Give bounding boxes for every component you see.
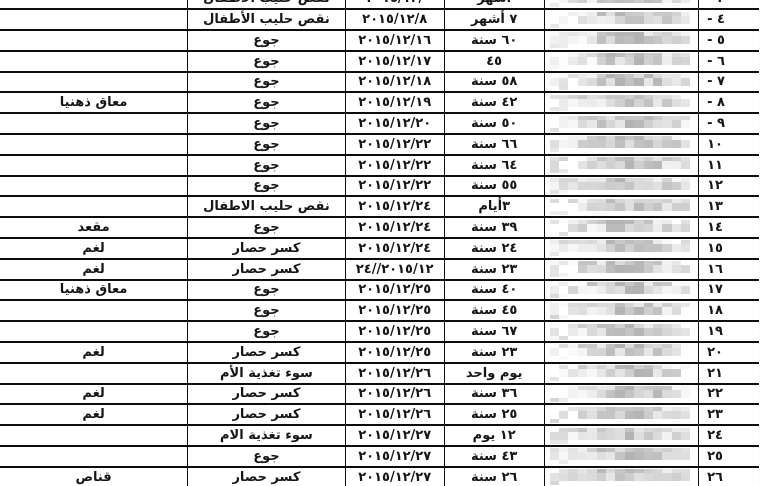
table-row: معاق ذهنياجوع٢٠١٥/١٢/٢٥٤٠ سنة١٧ <box>0 280 759 301</box>
cell-age: ١٢ يوم <box>444 425 544 446</box>
table-row: لغمكسر حصار٢٠١٥/١٢/٢٦٣٦ سنة٢٢ <box>0 384 759 405</box>
cell-row-number: ٢٢ <box>699 384 759 405</box>
cell-date: ٢٠١٥/١٢/١٨ <box>345 72 444 93</box>
cell-age: ٣أيام <box>444 196 544 217</box>
table-row: جوع٢٠١٥/١٢/١٧٤٥- ٦ <box>0 51 759 72</box>
cell-date: ٢٠١٥/١٢/٢٢ <box>345 176 444 197</box>
cell-name-redacted <box>544 321 698 342</box>
cell-age: ٣٩ سنة <box>444 217 544 238</box>
cell-age: ٦٧ سنة <box>444 321 544 342</box>
cell-name-redacted <box>544 363 698 384</box>
cell-cause: نقص حليب الأطفال <box>188 9 346 30</box>
cell-name-redacted <box>544 9 698 30</box>
cell-name-redacted <box>544 51 698 72</box>
cell-note <box>0 30 188 51</box>
cell-row-number: ١٠ <box>699 134 759 155</box>
cell-cause: كسر حصار <box>188 238 346 259</box>
cell-date: ٢٠١٥/١٢/١٧ <box>345 51 444 72</box>
pixelated-name <box>550 116 693 132</box>
table-row: معاق ذهنياجوع٢٠١٥/١٢/١٩٤٢ سنة- ٨ <box>0 92 759 113</box>
pixelated-name <box>550 136 693 152</box>
cell-age: ٤٥ <box>444 51 544 72</box>
cell-age: ٢٦ سنة <box>444 467 544 486</box>
cell-row-number: - ٨ <box>699 92 759 113</box>
cell-note: لغم <box>0 238 188 259</box>
cell-row-number: ١٩ <box>699 321 759 342</box>
cell-age: ٥٥ سنة <box>444 176 544 197</box>
cell-name-redacted <box>544 217 698 238</box>
cell-name-redacted <box>544 467 698 486</box>
cell-cause: جوع <box>188 134 346 155</box>
cell-age: ٥٠ سنة <box>444 113 544 134</box>
cell-row-number: ١٦ <box>699 259 759 280</box>
cell-cause: جوع <box>188 155 346 176</box>
cell-cause: سوء تغذية الام <box>188 425 346 446</box>
cell-note <box>0 72 188 93</box>
cell-age: ٧ أشهر <box>444 9 544 30</box>
cell-note <box>0 321 188 342</box>
cell-name-redacted <box>544 238 698 259</box>
scanned-document-page: نقص حليب الأطفال٢٠١٥/١٢/أشهر- ٣نقص حليب … <box>0 0 760 486</box>
cell-cause: جوع <box>188 72 346 93</box>
pixelated-name <box>550 261 693 277</box>
cell-cause: جوع <box>188 51 346 72</box>
table-row: لغمكسر حصار٢٠١٥/١٢/٢٦٢٥ سنة٢٣ <box>0 404 759 425</box>
cell-note <box>0 196 188 217</box>
cell-row-number: ١٤ <box>699 217 759 238</box>
pixelated-name <box>550 199 693 215</box>
pixelated-name <box>550 365 693 381</box>
cell-date: ٢٠١٥/١٢/٢٥ <box>345 280 444 301</box>
cell-cause: نقص حليب الأطفال <box>188 0 346 9</box>
cell-age: أشهر <box>444 0 544 9</box>
cell-row-number: - ٦ <box>699 51 759 72</box>
cell-row-number: ١٢ <box>699 176 759 197</box>
cell-note <box>0 9 188 30</box>
cell-name-redacted <box>544 134 698 155</box>
table-row: نقص حليب الاطفال٢٠١٥/١٢/٢٤٣أيام١٣ <box>0 196 759 217</box>
table-row: جوع٢٠١٥/١٢/١٨٥٨ سنة- ٧ <box>0 72 759 93</box>
cell-name-redacted <box>544 446 698 467</box>
cell-note: لغم <box>0 404 188 425</box>
cell-cause: جوع <box>188 92 346 113</box>
cell-age: ٢٣ سنة <box>444 259 544 280</box>
cell-row-number: ٢٦ <box>699 467 759 486</box>
cell-row-number: ٢٣ <box>699 404 759 425</box>
cell-row-number: - ٥ <box>699 30 759 51</box>
cell-row-number: ١٣ <box>699 196 759 217</box>
cell-cause: جوع <box>188 300 346 321</box>
cell-age: ٦٤ سنة <box>444 155 544 176</box>
cell-cause: كسر حصار <box>188 467 346 486</box>
cell-row-number: ٢٠ <box>699 342 759 363</box>
table-row: سوء تغذية الام٢٠١٥/١٢/٢٧١٢ يوم٢٤ <box>0 425 759 446</box>
table-row: لغمكسر حصار٢٠١٥/١٢/٢٥٢٣ سنة٢٠ <box>0 342 759 363</box>
cell-note: لغم <box>0 384 188 405</box>
cell-name-redacted <box>544 155 698 176</box>
cell-date: ٢٠١٥/١٢/٢٦ <box>345 363 444 384</box>
cell-age: ٢٤ سنة <box>444 238 544 259</box>
pixelated-name <box>550 74 693 90</box>
cell-name-redacted <box>544 342 698 363</box>
table-row: جوع٢٠١٥/١٢/٢٢٦٦ سنة١٠ <box>0 134 759 155</box>
cell-age: ٤٣ سنة <box>444 446 544 467</box>
cell-name-redacted <box>544 404 698 425</box>
pixelated-name <box>550 386 693 402</box>
cell-date: ٢٠١٥/١٢/٢٤ <box>345 238 444 259</box>
table-row: جوع٢٠١٥/١٢/٢٢٥٥ سنة١٢ <box>0 176 759 197</box>
cell-row-number: ١٨ <box>699 300 759 321</box>
table-body: نقص حليب الأطفال٢٠١٥/١٢/أشهر- ٣نقص حليب … <box>0 0 759 486</box>
cell-note <box>0 300 188 321</box>
cell-note <box>0 176 188 197</box>
cell-cause: جوع <box>188 321 346 342</box>
cell-note: لغم <box>0 259 188 280</box>
cell-note <box>0 51 188 72</box>
table-row: جوع٢٠١٥/١٢/٢٧٤٣ سنة٢٥ <box>0 446 759 467</box>
cell-row-number: ٢٥ <box>699 446 759 467</box>
table-row: لغمكسر حصار٢٠١٥/١٢//٢٤٢٣ سنة١٦ <box>0 259 759 280</box>
cell-age: ٦٦ سنة <box>444 134 544 155</box>
cell-note: معاق ذهنيا <box>0 280 188 301</box>
cell-cause: جوع <box>188 280 346 301</box>
cell-row-number: ٢٤ <box>699 425 759 446</box>
cell-note <box>0 113 188 134</box>
pixelated-name <box>550 157 693 173</box>
pixelated-name <box>550 220 693 236</box>
pixelated-name <box>550 32 693 48</box>
table-row: مقعدجوع٢٠١٥/١٢/٢٤٣٩ سنة١٤ <box>0 217 759 238</box>
cell-name-redacted <box>544 92 698 113</box>
cell-cause: كسر حصار <box>188 404 346 425</box>
cell-date: ٢٠١٥/١٢/٢٥ <box>345 321 444 342</box>
cell-note: معاق ذهنيا <box>0 92 188 113</box>
pixelated-name <box>550 12 693 28</box>
cell-row-number: ١٧ <box>699 280 759 301</box>
cell-date: ٢٠١٥/١٢//٢٤ <box>345 259 444 280</box>
cell-name-redacted <box>544 196 698 217</box>
cell-note <box>0 0 188 9</box>
cell-name-redacted <box>544 300 698 321</box>
cell-cause: كسر حصار <box>188 259 346 280</box>
cell-date: ٢٠١٥/١٢/٨ <box>345 9 444 30</box>
pixelated-name <box>550 469 693 485</box>
cell-date: ٢٠١٥/١٢/٢٥ <box>345 342 444 363</box>
cell-cause: نقص حليب الاطفال <box>188 196 346 217</box>
cell-name-redacted <box>544 113 698 134</box>
cell-row-number: ١١ <box>699 155 759 176</box>
pixelated-name <box>550 95 693 111</box>
cell-date: ٢٠١٥/١٢/٢٧ <box>345 467 444 486</box>
pixelated-name <box>550 240 693 256</box>
cell-cause: جوع <box>188 446 346 467</box>
pixelated-name <box>550 303 693 319</box>
cell-date: ٢٠١٥/١٢/١٩ <box>345 92 444 113</box>
cell-name-redacted <box>544 384 698 405</box>
victims-table: نقص حليب الأطفال٢٠١٥/١٢/أشهر- ٣نقص حليب … <box>0 0 759 486</box>
cell-date: ٢٠١٥/١٢/٢٤ <box>345 217 444 238</box>
cell-name-redacted <box>544 280 698 301</box>
cell-age: ٤٠ سنة <box>444 280 544 301</box>
table-row: سوء تغذية الأم٢٠١٥/١٢/٢٦يوم واحد٢١ <box>0 363 759 384</box>
cell-name-redacted <box>544 30 698 51</box>
pixelated-name <box>550 178 693 194</box>
cell-age: ٣٦ سنة <box>444 384 544 405</box>
cell-cause: جوع <box>188 113 346 134</box>
cell-date: ٢٠١٥/١٢/٢٦ <box>345 384 444 405</box>
pixelated-name <box>550 324 693 340</box>
table-row: نقص حليب الأطفال٢٠١٥/١٢/أشهر- ٣ <box>0 0 759 9</box>
cell-date: ٢٠١٥/١٢/ <box>345 0 444 9</box>
pixelated-name <box>550 428 693 444</box>
cell-row-number: ١٥ <box>699 238 759 259</box>
table-row: جوع٢٠١٥/١٢/٢٥٦٧ سنة١٩ <box>0 321 759 342</box>
cell-note <box>0 363 188 384</box>
cell-row-number: ٢١ <box>699 363 759 384</box>
table-row: جوع٢٠١٥/١٢/٢٠٥٠ سنة- ٩ <box>0 113 759 134</box>
cell-name-redacted <box>544 176 698 197</box>
pixelated-name <box>550 407 693 423</box>
cell-age: ٥٨ سنة <box>444 72 544 93</box>
cell-row-number: - ٧ <box>699 72 759 93</box>
cell-date: ٢٠١٥/١٢/١٦ <box>345 30 444 51</box>
cell-note: قناص <box>0 467 188 486</box>
pixelated-name <box>550 53 693 69</box>
table-row: قناصكسر حصار٢٠١٥/١٢/٢٧٢٦ سنة٢٦ <box>0 467 759 486</box>
cell-note <box>0 446 188 467</box>
cell-name-redacted <box>544 0 698 9</box>
cell-age: ٤٥ سنة <box>444 300 544 321</box>
cell-age: يوم واحد <box>444 363 544 384</box>
cell-age: ٢٥ سنة <box>444 404 544 425</box>
cell-age: ٤٢ سنة <box>444 92 544 113</box>
cell-name-redacted <box>544 72 698 93</box>
pixelated-name <box>550 448 693 464</box>
cell-date: ٢٠١٥/١٢/٢٢ <box>345 155 444 176</box>
table-row: نقص حليب الأطفال٢٠١٥/١٢/٨٧ أشهر- ٤ <box>0 9 759 30</box>
cell-date: ٢٠١٥/١٢/٢٢ <box>345 134 444 155</box>
cell-age: ٢٣ سنة <box>444 342 544 363</box>
cell-cause: جوع <box>188 217 346 238</box>
cell-cause: جوع <box>188 30 346 51</box>
cell-note <box>0 155 188 176</box>
cell-name-redacted <box>544 425 698 446</box>
cell-note <box>0 134 188 155</box>
cell-date: ٢٠١٥/١٢/٢٦ <box>345 404 444 425</box>
cell-date: ٢٠١٥/١٢/٢٥ <box>345 300 444 321</box>
cell-cause: جوع <box>188 176 346 197</box>
pixelated-name <box>550 344 693 360</box>
cell-name-redacted <box>544 259 698 280</box>
cell-note <box>0 425 188 446</box>
cell-note: مقعد <box>0 217 188 238</box>
cell-row-number: - ٩ <box>699 113 759 134</box>
cell-date: ٢٠١٥/١٢/٢٠ <box>345 113 444 134</box>
cell-row-number: - ٣ <box>699 0 759 9</box>
pixelated-name <box>550 0 693 7</box>
cell-age: ٦٠ سنة <box>444 30 544 51</box>
table-row: لغمكسر حصار٢٠١٥/١٢/٢٤٢٤ سنة١٥ <box>0 238 759 259</box>
table-row: جوع٢٠١٥/١٢/٢٥٤٥ سنة١٨ <box>0 300 759 321</box>
cell-cause: كسر حصار <box>188 384 346 405</box>
cell-note: لغم <box>0 342 188 363</box>
table-row: جوع٢٠١٥/١٢/١٦٦٠ سنة- ٥ <box>0 30 759 51</box>
table-row: جوع٢٠١٥/١٢/٢٢٦٤ سنة١١ <box>0 155 759 176</box>
cell-date: ٢٠١٥/١٢/٢٧ <box>345 446 444 467</box>
cell-cause: سوء تغذية الأم <box>188 363 346 384</box>
pixelated-name <box>550 282 693 298</box>
cell-cause: كسر حصار <box>188 342 346 363</box>
cell-date: ٢٠١٥/١٢/٢٧ <box>345 425 444 446</box>
cell-date: ٢٠١٥/١٢/٢٤ <box>345 196 444 217</box>
cell-row-number: - ٤ <box>699 9 759 30</box>
